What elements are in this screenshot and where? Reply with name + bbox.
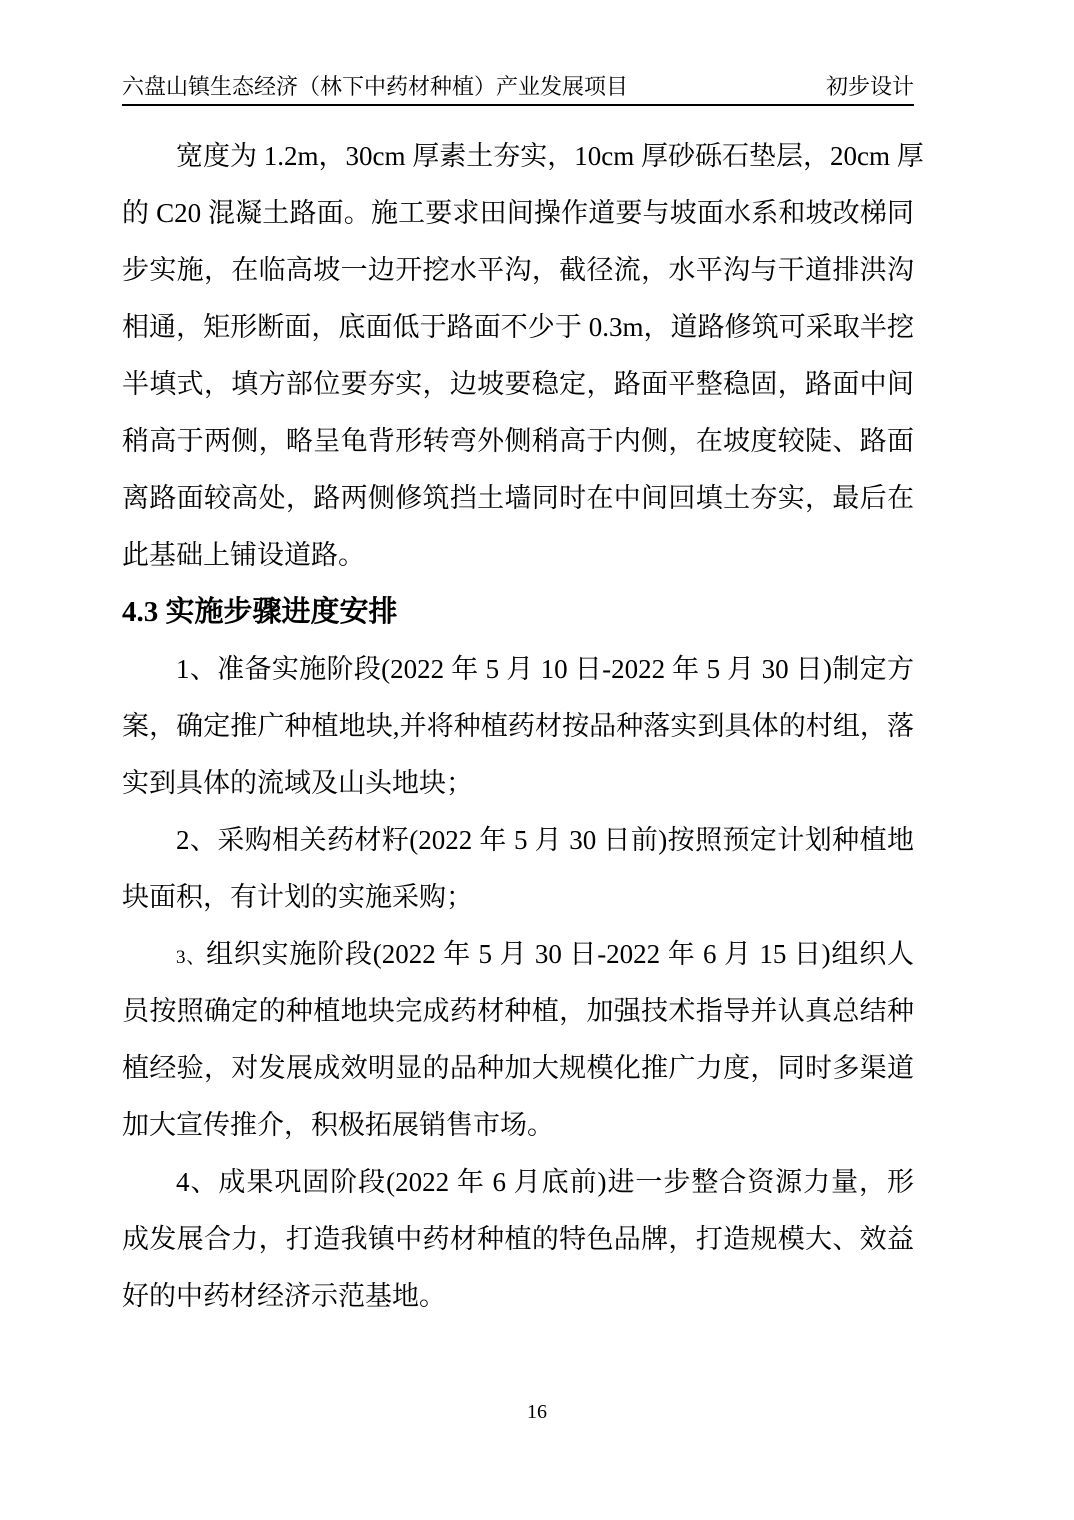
list-item-4-line: 成发展合力，打造我镇中药材种植的特色品牌，打造规模大、效益 xyxy=(122,1211,914,1268)
list-item-3-line: 加大宣传推介，积极拓展销售市场。 xyxy=(122,1097,914,1154)
list-item-3-marker: 3、 xyxy=(176,947,206,968)
paragraph-1-line: 的 C20 混凝土路面。施工要求田间操作道要与坡面水系和坡改梯同 xyxy=(122,185,914,242)
list-item-4-line: 好的中药材经济示范基地。 xyxy=(122,1268,914,1325)
list-item-1-line: 案，确定推广种植地块,并将种植药材按品种落实到具体的村组，落 xyxy=(122,698,914,755)
list-item-2-line: 块面积，有计划的实施采购； xyxy=(122,869,914,926)
list-item-3-line: 员按照确定的种植地块完成药材种植，加强技术指导并认真总结种 xyxy=(122,983,914,1040)
list-item-4-line: 4、成果巩固阶段(2022 年 6 月底前)进一步整合资源力量，形 xyxy=(122,1154,914,1211)
paragraph-1-line: 相通，矩形断面，底面低于路面不少于 0.3m，道路修筑可采取半挖 xyxy=(122,299,914,356)
document-body: 宽度为 1.2m，30cm 厚素土夯实，10cm 厚砂砾石垫层，20cm 厚 的… xyxy=(122,128,914,1325)
paragraph-1-line: 步实施，在临高坡一边开挖水平沟，截径流，水平沟与干道排洪沟 xyxy=(122,242,914,299)
page-header: 六盘山镇生态经济（林下中药材种植）产业发展项目 初步设计 xyxy=(122,74,914,106)
paragraph-1-line: 此基础上铺设道路。 xyxy=(122,527,914,584)
paragraph-1-line: 离路面较高处，路两侧修筑挡土墙同时在中间回填土夯实，最后在 xyxy=(122,470,914,527)
page-number: 16 xyxy=(527,1401,547,1423)
list-item-2-line: 2、采购相关药材籽(2022 年 5 月 30 日前)按照预定计划种植地 xyxy=(122,812,914,869)
page-footer: 16 xyxy=(0,1398,1074,1426)
paragraph-1-line: 稍高于两侧，略呈龟背形转弯外侧稍高于内侧，在坡度较陡、路面 xyxy=(122,413,914,470)
list-item-3-line: 植经验，对发展成效明显的品种加大规模化推广力度，同时多渠道 xyxy=(122,1040,914,1097)
section-heading: 4.3 实施步骤进度安排 xyxy=(122,584,914,641)
paragraph-1-line: 半填式，填方部位要夯实，边坡要稳定，路面平整稳固，路面中间 xyxy=(122,356,914,413)
document-page: 六盘山镇生态经济（林下中药材种植）产业发展项目 初步设计 宽度为 1.2m，30… xyxy=(0,0,1074,1520)
list-item-1-line: 实到具体的流域及山头地块； xyxy=(122,755,914,812)
list-item-3-text: 组织实施阶段(2022 年 5 月 30 日-2022 年 6 月 15 日)组… xyxy=(206,939,914,969)
header-project-title: 六盘山镇生态经济（林下中药材种植）产业发展项目 xyxy=(122,74,628,100)
header-doc-type: 初步设计 xyxy=(826,74,914,100)
list-item-1-line: 1、准备实施阶段(2022 年 5 月 10 日-2022 年 5 月 30 日… xyxy=(122,641,914,698)
list-item-3-line: 3、组织实施阶段(2022 年 5 月 30 日-2022 年 6 月 15 日… xyxy=(122,926,914,983)
paragraph-1-line: 宽度为 1.2m，30cm 厚素土夯实，10cm 厚砂砾石垫层，20cm 厚 xyxy=(122,128,914,185)
